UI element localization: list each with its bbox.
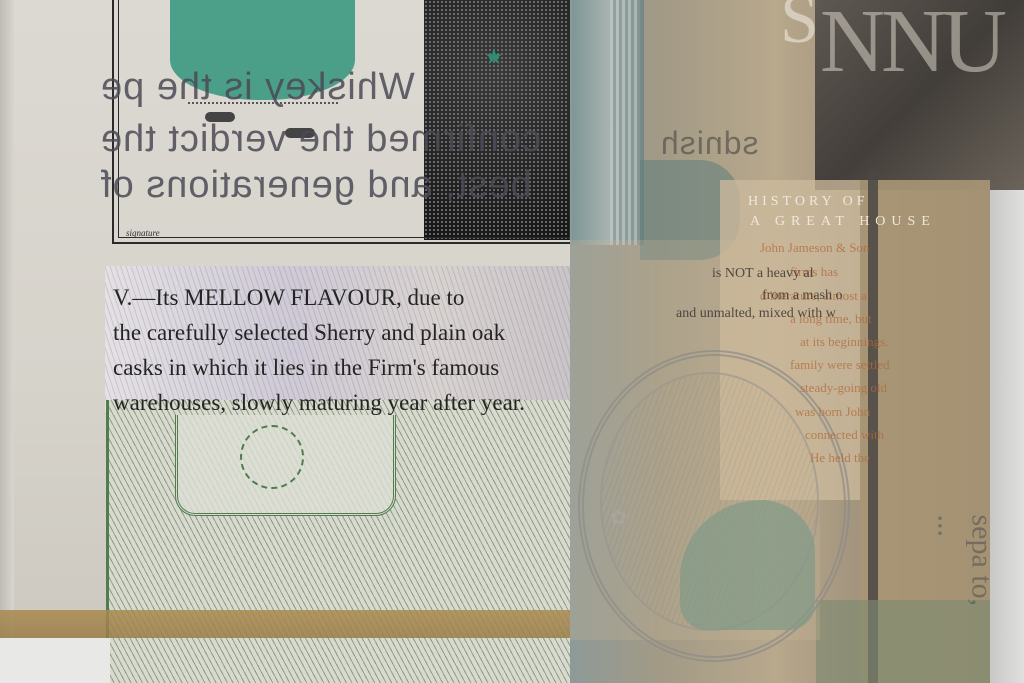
mirrored-fragment: sdnish [660,125,759,162]
dark-text-line: is NOT a heavy al [712,266,814,282]
large-serif-letters: NNU [820,0,1003,93]
mellow-flavour-text: V.—Its MELLOW FLAVOUR, due to the carefu… [113,280,658,420]
orange-text-line: John Jameson & Son [760,240,869,256]
orange-text-line: steady-going old [800,380,887,396]
history-heading-line: A GREAT HOUSE [750,214,936,230]
rotated-text-fragment: sepa to, ... [931,515,999,634]
tan-paper-strip [0,610,570,638]
text-line: warehouses, slowly maturing year after y… [113,385,658,420]
history-heading-line: HISTORY OF [748,194,869,210]
page-edge [0,0,14,640]
flower-icon: ✿ [610,505,627,530]
large-letter-s: S [780,0,819,60]
orange-text-line: at its beginnings. [800,334,888,350]
text-line: casks in which it lies in the Firm's fam… [113,350,658,385]
column-texture [610,0,640,245]
dark-text-line: from a mash o [762,288,842,304]
ornament-icon [240,425,304,489]
orange-text-line: connected with [805,427,884,443]
mirrored-text-line: best, and generations of [100,164,532,207]
orange-text-line: was born John [795,404,870,420]
text-line: the carefully selected Sherry and plain … [113,315,658,350]
dark-text-line: and unmalted, mixed with w [676,306,836,322]
mirrored-text-line: Whiskey is the pe [100,66,415,109]
artist-signature: signature [126,228,160,238]
orange-text-line: family were settled [790,357,890,373]
orange-text-line: He held the [810,450,870,466]
bottom-white-margin [0,638,110,683]
text-line: V.—Its MELLOW FLAVOUR, due to [113,280,658,315]
mirrored-text-line: confirmed the verdict the [100,118,541,161]
